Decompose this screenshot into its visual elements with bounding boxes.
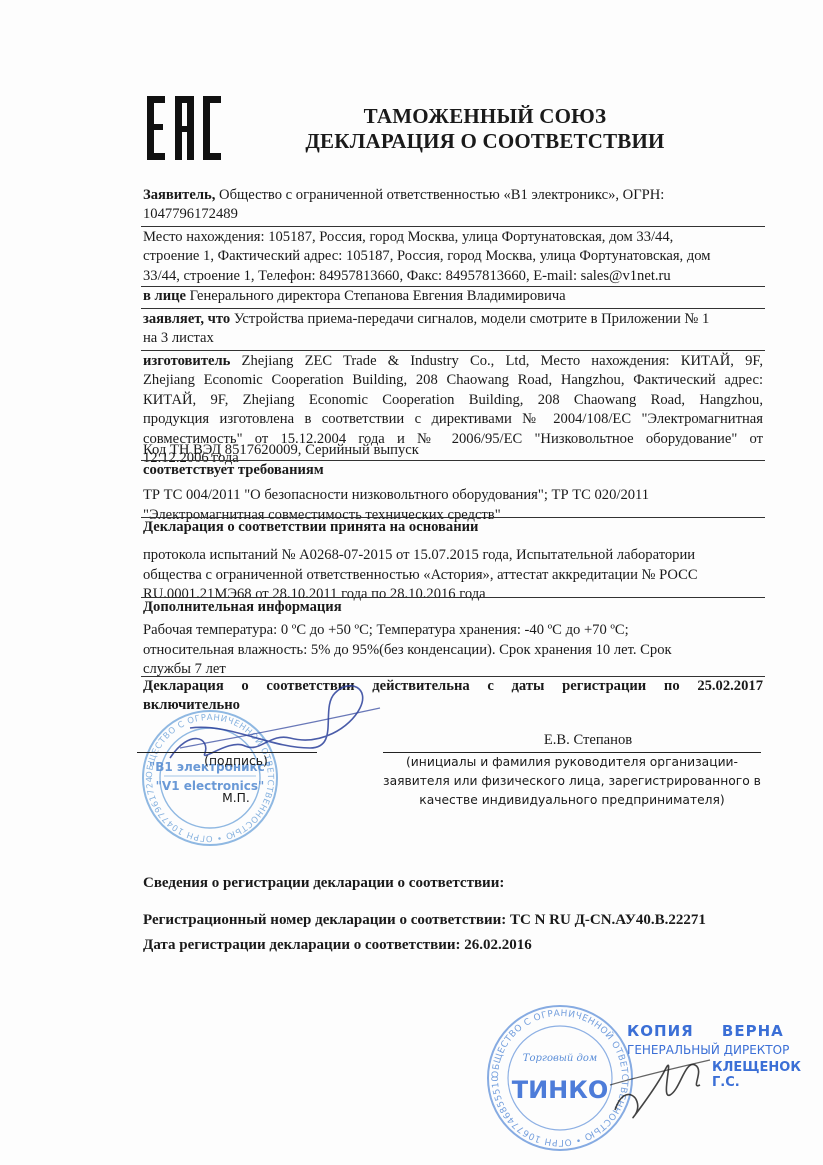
title-declaration: ДЕКЛАРАЦИЯ О СООТВЕТСТВИИ bbox=[270, 129, 700, 154]
basis-section: Декларация о соответствии принята на осн… bbox=[143, 518, 763, 605]
applicant-section: Заявитель, Общество с ограниченной ответ… bbox=[143, 186, 763, 225]
name-caption-line: заявителя или физического лица, зарегист… bbox=[383, 772, 761, 791]
declares-text: Устройства приема-передачи сигналов, мод… bbox=[230, 311, 709, 327]
seal-ring-text: ОБЩЕСТВО С ОГРАНИЧЕННОЙ ОТВЕТСТВЕННОСТЬЮ… bbox=[485, 1003, 629, 1147]
representative-name: Генерального директора Степанова Евгения… bbox=[186, 288, 566, 304]
requirements-heading: соответствует требованиям bbox=[143, 461, 763, 480]
divider bbox=[141, 350, 765, 351]
name-caption-line: (инициалы и фамилия руководителя организ… bbox=[383, 753, 761, 772]
location-line: строение 1, Фактический адрес: 105187, Р… bbox=[143, 247, 763, 266]
svg-text:ОБЩЕСТВО С ОГРАНИЧЕННОЙ ОТВЕТС: ОБЩЕСТВО С ОГРАНИЧЕННОЙ ОТВЕТСТВЕННОСТЬЮ… bbox=[140, 708, 275, 843]
copy-certified-stamp: КОПИЯ ВЕРНА bbox=[627, 1022, 784, 1040]
seal-ring-text: ОБЩЕСТВО С ОГРАНИЧЕННОЙ ОТВЕТСТВЕННОСТЬЮ… bbox=[140, 708, 275, 843]
basis-text: протокола испытаний № А0268-07-2015 от 1… bbox=[143, 546, 763, 565]
declaration-page: ТАМОЖЕННЫЙ СОЮЗ ДЕКЛАРАЦИЯ О СООТВЕТСТВИ… bbox=[0, 0, 823, 1165]
registration-heading: Сведения о регистрации декларации о соот… bbox=[143, 873, 504, 893]
requirements-text: ТР ТС 004/2011 "О безопасности низковоль… bbox=[143, 486, 763, 505]
copy-stamp-text: ВЕРНА bbox=[722, 1022, 784, 1040]
seal-brand: ТИНКО bbox=[512, 1076, 609, 1104]
validity-section: Декларация о соответствии действительна … bbox=[143, 677, 763, 716]
divider bbox=[141, 226, 765, 227]
basis-heading: Декларация о соответствии принята на осн… bbox=[143, 518, 763, 537]
document-title: ТАМОЖЕННЫЙ СОЮЗ ДЕКЛАРАЦИЯ О СООТВЕТСТВИ… bbox=[270, 104, 700, 154]
basis-text: общества с ограниченной ответственностью… bbox=[143, 566, 763, 585]
manufacturer-text: Zhejiang ZEC Trade & Industry Co., Ltd, … bbox=[230, 353, 763, 369]
svg-text:ОБЩЕСТВО С ОГРАНИЧЕННОЙ ОТВЕТС: ОБЩЕСТВО С ОГРАНИЧЕННОЙ ОТВЕТСТВЕННОСТЬЮ… bbox=[485, 1003, 629, 1147]
copy-stamp-text: КОПИЯ bbox=[627, 1022, 694, 1040]
name-caption-line: качестве индивидуального предпринимателя… bbox=[383, 791, 761, 810]
manufacturer-text: КИТАЙ, 9F, Zhejiang Economic Cooperation… bbox=[143, 391, 763, 410]
seal-caption: М.П. bbox=[196, 789, 276, 808]
validity-text: Декларация о соответствии действительна … bbox=[143, 677, 763, 696]
applicant-label: Заявитель, bbox=[143, 187, 215, 203]
location-section: Место нахождения: 105187, Россия, город … bbox=[143, 228, 763, 286]
location-line: Место нахождения: 105187, Россия, город … bbox=[143, 228, 763, 247]
representative-label: в лице bbox=[143, 288, 186, 304]
company-seal-icon: ОБЩЕСТВО С ОГРАНИЧЕННОЙ ОТВЕТСТВЕННОСТЬЮ… bbox=[140, 708, 280, 848]
applicant-name: Общество с ограниченной ответственностью… bbox=[215, 187, 664, 203]
name-caption: (инициалы и фамилия руководителя организ… bbox=[383, 753, 761, 810]
manufacturer-text: продукция изготовлена в соответствии с д… bbox=[143, 410, 763, 429]
additional-text: Рабочая температура: 0 ºС до +50 ºС; Тем… bbox=[143, 621, 763, 640]
divider bbox=[141, 308, 765, 309]
eac-logo-icon bbox=[147, 96, 223, 160]
applicant-ogrn: 1047796172489 bbox=[143, 205, 763, 224]
location-line: 33/44, строение 1, Телефон: 84957813660,… bbox=[143, 267, 763, 286]
certified-copy-seal-icon: ОБЩЕСТВО С ОГРАНИЧЕННОЙ ОТВЕТСТВЕННОСТЬЮ… bbox=[485, 1003, 635, 1153]
hs-code-text: Код ТН ВЭД 8517620009, Серийный выпуск bbox=[143, 441, 763, 460]
declares-text: на 3 листах bbox=[143, 329, 763, 348]
registration-date: Дата регистрации декларации о соответств… bbox=[143, 935, 532, 955]
representative-section: в лице Генерального директора Степанова … bbox=[143, 287, 763, 306]
additional-heading: Дополнительная информация bbox=[143, 598, 763, 617]
validity-text: включительно bbox=[143, 696, 763, 715]
copy-stamp-name: КЛЕЩЕНОК Г.С. bbox=[712, 1060, 823, 1090]
title-union: ТАМОЖЕННЫЙ СОЮЗ bbox=[270, 104, 700, 129]
requirements-section: соответствует требованиям ТР ТС 004/2011… bbox=[143, 461, 763, 525]
registration-number: Регистрационный номер декларации о соотв… bbox=[143, 910, 706, 930]
additional-text: относительная влажность: 5% до 95%(без к… bbox=[143, 641, 763, 660]
additional-section: Дополнительная информация Рабочая темпер… bbox=[143, 598, 763, 680]
code-section: Код ТН ВЭД 8517620009, Серийный выпуск bbox=[143, 441, 763, 460]
signature-caption: (подпись) bbox=[196, 752, 276, 771]
declares-label: заявляет, что bbox=[143, 311, 230, 327]
manufacturer-label: изготовитель bbox=[143, 353, 230, 369]
declares-section: заявляет, что Устройства приема-передачи… bbox=[143, 310, 763, 349]
seal-brand-small: Торговый дом bbox=[523, 1053, 597, 1064]
copy-stamp-position: ГЕНЕРАЛЬНЫЙ ДИРЕКТОР bbox=[627, 1043, 789, 1057]
signatory-name: Е.В. Степанов bbox=[420, 731, 756, 750]
manufacturer-text: Zhejiang Economic Cooperation Building, … bbox=[143, 371, 763, 390]
